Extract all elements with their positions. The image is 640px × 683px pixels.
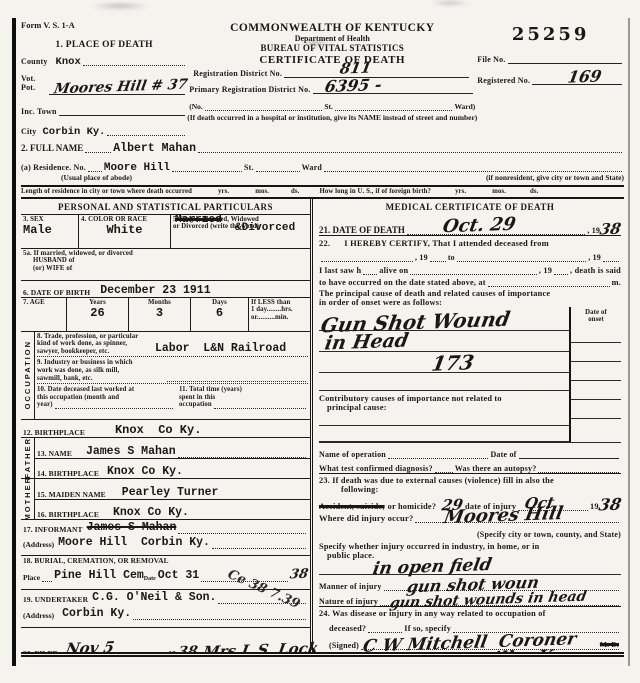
md-struck-label: M. D. [600,640,619,649]
last-saw-3: , 19 [539,266,552,275]
bureau-heading: BUREAU OF VITAL STATISTICS [187,43,477,53]
burial-place-label: Place [23,573,40,582]
operation-row: Name of operation Date of [319,442,621,459]
age-months-value: 3 [131,306,188,320]
primary-district-label: Primary Registration District No. [189,85,310,94]
industry-label-line1: 9. Industry or business in which [37,359,165,367]
date-of-death-row: 21. DATE OF DEATH Oct. 29 , 19 38 [319,214,621,236]
full-name-label: 2. FULL NAME [21,143,83,153]
cause-of-death-value-2: in Head [323,329,410,354]
abode-note: (Usual place of abode) [61,173,132,182]
onset-line [571,400,621,419]
onset-line [571,362,621,381]
burial-date-value: Oct 31 [158,569,199,582]
onset-label-line2: onset [571,316,621,324]
contributory-line-2 [319,426,569,442]
rule-line [59,113,186,116]
dotted-line: Moores Hill [415,520,619,523]
burial-year-value: 38 [289,567,310,583]
mother-birthplace-value: Knox Co Ky. [113,506,189,519]
nonresident-note: (if nonresident, give city or town and S… [486,173,624,182]
autopsy-label: Was there an autopsy? [455,464,537,473]
street-label: St. [324,102,333,111]
voting-precinct-label: Vot. Pot. [21,74,50,92]
scan-artifact [90,2,150,10]
onset-label-line1: Date of [571,307,621,317]
dotted-line [133,617,306,620]
county-value: Knox [56,56,81,68]
industry-label-line2: work was done, as silk mill, [37,367,165,375]
mother-group: MOTHER 15. MAIDEN NAME Pearley Turner 16… [21,479,310,520]
father-name-label: 13. NAME [37,450,72,458]
county-label: County [21,57,48,66]
dotted-line [388,456,489,459]
dotted-line [554,272,568,275]
months-label: Months [131,299,188,307]
race-value: White [81,223,168,237]
husband-label-line1: 5a. If married, widowed, or divorced [23,250,308,258]
father-side-label: FATHER [23,437,32,478]
undertaker-label: 19. UNDERTAKER [23,596,88,604]
full-name-value: Albert Mahan [113,142,196,155]
trade-label-line1: 8. Trade, profession, or particular [37,333,155,341]
street-no-label: (No. [189,102,203,111]
dotted-line: Oct. 29 [407,232,585,235]
last-worked-label-line2: this occupation (month and [37,394,175,402]
industry-label-line3: sawmill, bank, etc. [37,375,165,383]
rule-line: 169 [532,82,622,85]
father-group: FATHER 13. NAME James S Mahan 14. BIRTHP… [21,438,310,479]
dotted-line [457,259,586,262]
where-injury-label: Where did injury occur? [319,513,413,523]
dotted-line [368,630,402,633]
informant-value: James S Mahan [87,521,177,534]
homicide-label: or homicide? [388,502,437,511]
date-of-death-value: Oct. 29 [441,213,517,237]
registered-no-value: 169 [566,66,603,86]
sex-value: Male [23,223,76,237]
cause-code-value: 173 [429,350,475,376]
scan-artifact [430,0,470,6]
scanned-death-certificate: Form V. S. 1-A 1. PLACE OF DEATH County … [0,0,640,683]
date-of-onset-column: Date of onset [569,307,621,442]
dotted-line [167,379,306,382]
undertaker-row: Ce 38 7.39 19. UNDERTAKER C.G. O'Neil & … [21,590,310,628]
dotted-line [172,169,242,172]
cause-line-3: 173 [319,352,569,373]
coroner-signature: C W Mitchell Coroner [361,629,578,657]
rule-line [508,61,622,64]
last-saw-2: alive on [379,266,408,275]
dotted-line [85,150,111,153]
yrs2-label: yrs. [455,188,466,196]
birthplace-row: 12. BIRTHPLACE Knox Co Ky. [21,420,310,438]
date-of-birth-row: 6. DATE OF BIRTH December 23 1911 [21,281,310,298]
mother-birthplace-label: 16. BIRTHPLACE [37,511,99,519]
ds-label: ds. [291,188,299,196]
test-autopsy-row: What test confirmed diagnosis? Was there… [319,459,621,474]
test-label: What test confirmed diagnosis? [319,464,433,473]
total-time-label-line1: 11. Total time (years) [179,386,308,394]
certify-text: I HEREBY CERTIFY, That I attended deceas… [344,238,549,248]
registrar-signature-line: Mrs J. S. Lock [203,655,306,657]
certificate-form: Form V. S. 1-A 1. PLACE OF DEATH County … [12,18,630,666]
occupation-group: OCCUPATION 8. Trade, profession, or part… [21,332,310,420]
inc-town-label: Inc. Town [21,107,57,116]
manner-label: Manner of injury [319,582,382,591]
full-name-row: 2. FULL NAME Albert Mahan [21,142,624,153]
less-than-line2: 1 day........hrs. [251,306,308,314]
dotted-line [178,531,306,534]
dob-value: December 23 1911 [100,284,210,297]
sex-label: 3. SEX [23,216,76,224]
father-birthplace-value: Knox Co Ky. [107,465,183,478]
dotted-line [435,470,453,473]
dotted-line [205,108,323,111]
certify-paragraph: 22. I HEREBY CERTIFY, That I attended de… [319,236,621,307]
mother-side-label: MOTHER [23,476,32,521]
dotted-line [214,406,306,409]
contributory-line-1 [319,412,569,426]
years-label: Years [69,299,126,307]
operation-label: Name of operation [319,450,386,459]
burial-place-value: Pine Hill Cem [54,569,144,582]
birthplace-value: Knox Co Ky. [115,423,201,437]
informant-row: 17. INFORMANT James S Mahan (Address) Mo… [21,520,310,556]
registration-district-label: Registration District No. [193,69,282,78]
age-years-value: 26 [69,306,126,320]
where-note: (Specify city or town, county, and State… [477,530,621,539]
occupation-side-label: OCCUPATION [23,340,32,409]
hospital-note: (If death occurred in a hospital or inst… [187,113,477,122]
less-than-line3: or..........min. [251,314,308,322]
marital-value: &Divorced [235,225,295,233]
dotted-line [335,108,453,111]
rule-line: 6395 - [313,91,474,94]
dotted-line [324,169,622,172]
trade-label-line2: kind of work done, as spinner, [37,340,155,348]
onset-line [571,343,621,362]
date-of-death-year-value: 38 [599,219,623,238]
residence-ward-label: Ward [302,163,322,172]
sex-race-marital-row: 3. SEX Male 4. COLOR OR RACE White 5. Si… [21,215,310,249]
trade-value: Labor L&N Railroad [155,342,286,355]
q23-line2: following: [341,485,621,494]
rule-line [519,456,620,459]
dotted-line [107,133,185,136]
father-name-value: James S Mahan [86,445,176,458]
dotted-line [42,579,52,582]
last-saw-4: , death is said [570,266,621,275]
onset-line [571,381,621,400]
q24-deceased-label: deceased? [329,624,366,633]
dotted-line [88,169,102,172]
filed-year-value: 38 [177,643,199,656]
occupation-relation-block: 24. Was disease or injury in any way rel… [319,607,621,657]
trade-label-line3: sawyer, bookkeeper, etc. [37,348,155,356]
q24-line1: 24. Was disease or injury in any way rel… [319,609,621,618]
form-number: Form V. S. 1-A [21,20,187,30]
informant-label: 17. INFORMANT [23,526,83,534]
last-saw-1: I last saw h [319,266,361,275]
undertaker-address-label: (Address) [23,611,54,620]
personal-section-title: PERSONAL AND STATISTICAL PARTICULARS [21,199,310,215]
filed-year-prefix: , 19 [165,649,176,657]
injury-year-value: 38 [597,494,623,514]
cause-line-4 [319,373,569,391]
occurred-m: m. [612,278,621,287]
certify-year-b: , 19 [588,253,601,262]
burial-date-label: Date [144,576,156,582]
dotted-line [410,272,536,275]
registered-no-label: Registered No. [477,76,530,85]
filed-row: 20. FILED Nov 5 , 19 38 Mrs J. S. Lock [21,628,310,657]
informant-address-label: (Address) [23,540,54,549]
public-place-line: in open field [319,560,621,575]
age-row: 7. AGE Years 26 Months 3 Days 6 If LESS [21,298,310,332]
registrar-signature: Mrs J. S. Lock [202,639,321,657]
burial-label: 18. BURIAL, CREMATION, OR REMOVAL [23,557,308,565]
department-heading: Department of Health [187,34,477,43]
dotted-line [83,63,186,66]
certify-number: 22. [319,238,330,248]
marital-struck-value: Married [175,217,222,225]
accident-suicide-struck: Accident, suicide, [319,502,385,511]
filed-date-value: Nov 5 [64,638,115,657]
less-than-line1: If LESS than [251,299,308,307]
principal-cause-line2: in order of onset were as follows: [319,298,621,307]
nature-of-injury-row: Nature of injury gun shot wounds in head [319,591,621,607]
race-label: 4. COLOR OR RACE [81,216,168,224]
total-time-label-line2: spent in this [179,394,308,402]
nature-label: Nature of injury [319,597,378,606]
residence-label: (a) Residence. No. [21,163,86,172]
birthplace-label: 12. BIRTHPLACE [23,429,85,437]
length-residence-label: Length of residence in city or town wher… [21,188,192,196]
external-causes-block: 23. If death was due to external causes … [319,474,621,575]
father-birthplace-label: 14. BIRTHPLACE [37,470,99,478]
residence-row: (a) Residence. No. Moore Hill St. Ward [21,162,624,172]
cause-line-2: in Head [319,331,569,352]
file-no-label: File No. [477,55,505,64]
informant-address-value: Moore Hill Corbin Ky. [58,536,210,549]
occurred-text: to have occurred on the date stated abov… [319,278,486,287]
certify-year-a: , 19 [415,253,428,262]
personal-particulars-column: PERSONAL AND STATISTICAL PARTICULARS 3. … [21,199,313,652]
certify-to: to [448,253,455,262]
mos-label: mos. [255,188,269,196]
date-of-label: Date of [490,450,516,459]
medical-section-title: MEDICAL CERTIFICATE OF DEATH [319,199,621,214]
q24-specify-label: If so, specify [404,624,451,633]
where-injury-value: Moores Hill [442,502,564,527]
cause-line-1: Gun Shot Wound [319,309,569,331]
onset-line [571,324,621,343]
dotted-line [321,259,413,262]
ward-label: Ward) [454,102,475,111]
mother-maiden-name-value: Pearley Turner [122,486,219,499]
dotted-line [363,272,377,275]
husband-label-line3: (or) WIFE of [33,265,308,273]
city-label: City [21,127,36,136]
dotted-line [198,150,622,153]
foreign-birth-label: How long in U. S., if of foreign birth? [319,188,431,196]
principal-cause-line1: The principal cause of death and related… [319,289,621,298]
contributory-label-line2: principal cause: [327,403,569,412]
dotted-line [256,169,300,172]
dotted-line [212,546,306,549]
dotted-line: gun shot wounds in head [380,603,619,606]
signed-label: (Signed) [329,641,359,650]
contributory-label-line1: Contributory causes of importance not re… [319,394,569,403]
total-time-label-line3: occupation [179,401,212,409]
dotted-line [538,470,619,473]
yrs-label: yrs. [218,188,229,196]
commonwealth-heading: COMMONWEALTH OF KENTUCKY [187,22,477,34]
mother-maiden-name-label: 15. MAIDEN NAME [37,491,106,499]
dotted-line [430,259,446,262]
dotted-line [178,455,306,458]
days-label: Days [193,299,246,307]
certificate-stamp-number: 25259 [477,24,624,45]
date-of-death-label: 21. DATE OF DEATH [319,225,405,235]
last-worked-label-line3: year) [37,401,53,409]
medical-certificate-column: MEDICAL CERTIFICATE OF DEATH 21. DATE OF… [313,199,624,652]
primary-district-value: 6395 - [324,75,384,96]
residence-st-label: St. [244,163,254,172]
undertaker-address-value: Corbin Ky. [62,607,131,620]
age-days-value: 6 [193,306,246,320]
husband-label-line2: HUSBAND of [33,257,308,265]
filed-label: 20. FILED [23,650,58,657]
last-worked-label-line1: 10. Date deceased last worked at [37,386,175,394]
ds2-label: ds. [530,188,538,196]
dotted-line [488,284,610,287]
rule-line: Nov 5 [60,655,163,657]
undertaker-value: C.G. O'Neil & Son. [92,591,216,604]
masthead: Form V. S. 1-A 1. PLACE OF DEATH County … [21,20,624,136]
dob-label: 6. DATE OF BIRTH [23,289,90,297]
husband-wife-row: 5a. If married, widowed, or divorced HUS… [21,249,310,281]
cause-and-onset-area: Gun Shot Wound in Head 173 Contributory … [319,307,621,442]
place-of-death-heading: 1. PLACE OF DEATH [21,40,187,50]
city-value: Corbin Ky. [42,126,105,138]
age-label: 7. AGE [23,299,64,307]
mos2-label: mos. [492,188,506,196]
length-of-residence-row: Length of residence in city or town wher… [21,185,624,197]
q23-line1: 23. If death was due to external causes … [319,476,621,485]
dotted-line [603,259,619,262]
specify-line1: Specify whether injury occurred in indus… [319,542,621,551]
certificate-title: CERTIFICATE OF DEATH [187,54,477,66]
dotted-line [55,406,173,409]
